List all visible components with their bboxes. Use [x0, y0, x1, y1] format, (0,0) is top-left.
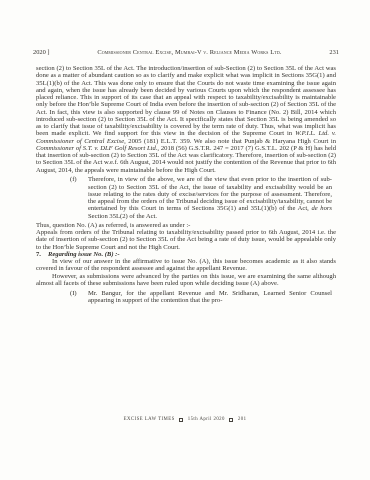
paragraph-however: However, as submissions were advanced by…: [36, 273, 336, 288]
paragraph-in-view: In view of our answer in the affirmative…: [36, 258, 336, 273]
footer-page-number: 201: [238, 417, 247, 422]
section-heading-number: 7.: [36, 251, 41, 258]
header-page-number: 231: [329, 49, 339, 56]
question-answered-line: Thus, question No. (A) as referred, is a…: [36, 222, 336, 229]
document-page: 2020 ] Commissioner Central Excise, Mumb…: [0, 0, 370, 480]
footer-date: 15th April 2020: [188, 417, 225, 422]
list-item-f-label: (f): [70, 176, 88, 220]
answer-paragraph: Appeals from orders of the Tribunal rela…: [36, 229, 336, 251]
header-case-title: Commissioner Central Excise, Mumbai-V v.…: [50, 49, 330, 56]
running-header: 2020 ] Commissioner Central Excise, Mumb…: [33, 49, 339, 56]
paragraph-continuation: section (2) to Section 35L of the Act. T…: [36, 65, 336, 174]
list-item-f-text: Therefore, in view of the above, we are …: [88, 176, 332, 220]
header-year: 2020 ]: [33, 49, 50, 56]
section-heading: 7.Regarding issue No. (B) :-: [36, 251, 336, 258]
box-separator-icon: [179, 418, 183, 422]
footer-journal-name: EXCISE LAW TIMES: [124, 417, 175, 422]
box-separator-icon: [229, 418, 233, 422]
page-footer: EXCISE LAW TIMES 15th April 2020 201: [0, 417, 370, 422]
list-item-f: (f) Therefore, in view of the above, we …: [70, 176, 332, 220]
list-item-roman-I-label: (I): [70, 290, 88, 305]
body-text: section (2) to Section 35L of the Act. T…: [36, 65, 336, 306]
list-item-roman-I-text: Mr. Bangur, for the appellant Revenue an…: [88, 290, 332, 305]
list-item-roman-I: (I) Mr. Bangur, for the appellant Revenu…: [70, 290, 332, 305]
section-heading-title: Regarding issue No. (B) :-: [48, 251, 120, 258]
